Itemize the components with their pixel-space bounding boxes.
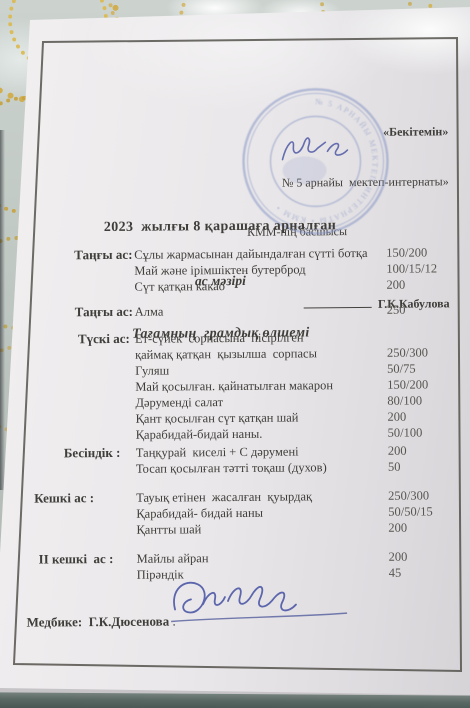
portion-grams: 45: [389, 564, 444, 580]
meal-items: Тауық етінен жасалған қуырдақ250/300Қара…: [136, 487, 443, 537]
menu-item-row: Қантты шай200: [136, 519, 443, 537]
portion-grams: 80/100: [387, 392, 442, 408]
dish-name: Тауық етінен жасалған қуырдақ: [136, 488, 388, 506]
portion-grams: 50: [388, 458, 443, 474]
meal-label: Кешкі ас :: [34, 490, 94, 506]
nurse-signature: [165, 570, 357, 628]
menu-item-row: Алма250: [135, 301, 442, 319]
menu-section: Таңғы ас:Алма250: [50, 301, 442, 320]
dish-name: Гуляш: [135, 361, 387, 379]
dish-name: Ет-сүйек сорпасына пісірілген қаймақ қат…: [135, 329, 387, 363]
nurse-name: Г.К.Дюсенова: [89, 614, 170, 630]
dish-name: Тосап қосылған тәтті тоқаш (духов): [136, 459, 388, 477]
dish-name: Дәруменді салат: [135, 393, 387, 411]
menu-item-row: Қарабидай-бидай наны.50/100: [136, 424, 443, 442]
dish-name: Алма: [135, 302, 387, 320]
menu-item-row: Ет-сүйек сорпасына пісірілген қаймақ қат…: [135, 328, 442, 362]
meal-items: Сұлы жармасынан дайындалған сүтті ботқа1…: [134, 244, 441, 294]
menu-item-row: Сүт қатқан какао200: [134, 276, 441, 294]
dish-name: Қарабидай-бидай наны.: [136, 425, 388, 443]
portion-grams: 50/100: [388, 424, 443, 440]
portion-grams: 250/300: [388, 487, 443, 503]
dish-name: Қантты шай: [136, 520, 388, 538]
portion-grams: 150/200: [387, 376, 442, 392]
dish-name: Май және ірімшіктен бутерброд: [134, 261, 386, 279]
dish-name: Қарабидай- бидай наны: [136, 504, 388, 522]
portion-grams: 200: [388, 519, 443, 535]
nurse-label: Медбике:: [27, 614, 83, 629]
meal-label: Таңғы ас:: [74, 247, 132, 263]
meal-items: Алма250: [135, 301, 442, 319]
meal-label: ІІ кешкі ас :: [39, 551, 114, 568]
dish-name: Майлы айран: [137, 549, 389, 567]
meal-label: Түскі ас:: [78, 331, 130, 347]
portion-grams: 100/15/12: [386, 260, 441, 276]
dish-name: Сұлы жармасынан дайындалған сүтті ботқа: [134, 245, 386, 263]
meal-label: Бесіндік :: [64, 445, 121, 461]
portion-grams: 50/50/15: [388, 503, 443, 519]
portion-grams: 200: [387, 408, 442, 424]
nurse-line: Медбике: Г.К.Дюсенова .: [7, 597, 176, 662]
dish-name: Май қосылған. қайнатылған макарон: [135, 377, 387, 395]
photographed-menu-document: «Бекітемін» № 5 арнайы мектеп-интернаты»…: [0, 0, 470, 708]
portion-grams: 200: [386, 276, 441, 292]
menu-section: Таңғы ас:Сұлы жармасынан дайындалған сүт…: [49, 244, 441, 295]
portion-grams: 50/75: [387, 360, 442, 376]
dish-name: Сүт қатқан какао: [134, 277, 386, 295]
portion-grams: 200: [388, 442, 443, 458]
menu-section: Түскі ас:Ет-сүйек сорпасына пісірілген қ…: [50, 328, 443, 443]
portion-grams: 250/300: [387, 344, 442, 360]
menu-section: Кешкі ас :Тауық етінен жасалған қуырдақ2…: [51, 487, 443, 538]
document-content: «Бекітемін» № 5 арнайы мектеп-интернаты»…: [0, 0, 470, 708]
portion-grams: 250: [387, 301, 442, 317]
meal-items: Ет-сүйек сорпасына пісірілген қаймақ қат…: [135, 328, 443, 442]
dish-name: Таңқурай киселі + С дәрумені: [136, 443, 388, 461]
menu-section: Бесіндік :Таңқурай киселі + С дәрумені20…: [51, 442, 443, 477]
meal-label: Таңғы ас:: [75, 304, 133, 320]
dish-name: Қант қосылған сүт қатқан шай: [135, 409, 387, 427]
portion-grams: 200: [389, 548, 444, 564]
portion-grams: 150/200: [386, 244, 441, 260]
menu-item-row: Тосап қосылған тәтті тоқаш (духов)50: [136, 458, 443, 476]
meal-items: Таңқурай киселі + С дәрумені200Тосап қос…: [136, 442, 443, 476]
